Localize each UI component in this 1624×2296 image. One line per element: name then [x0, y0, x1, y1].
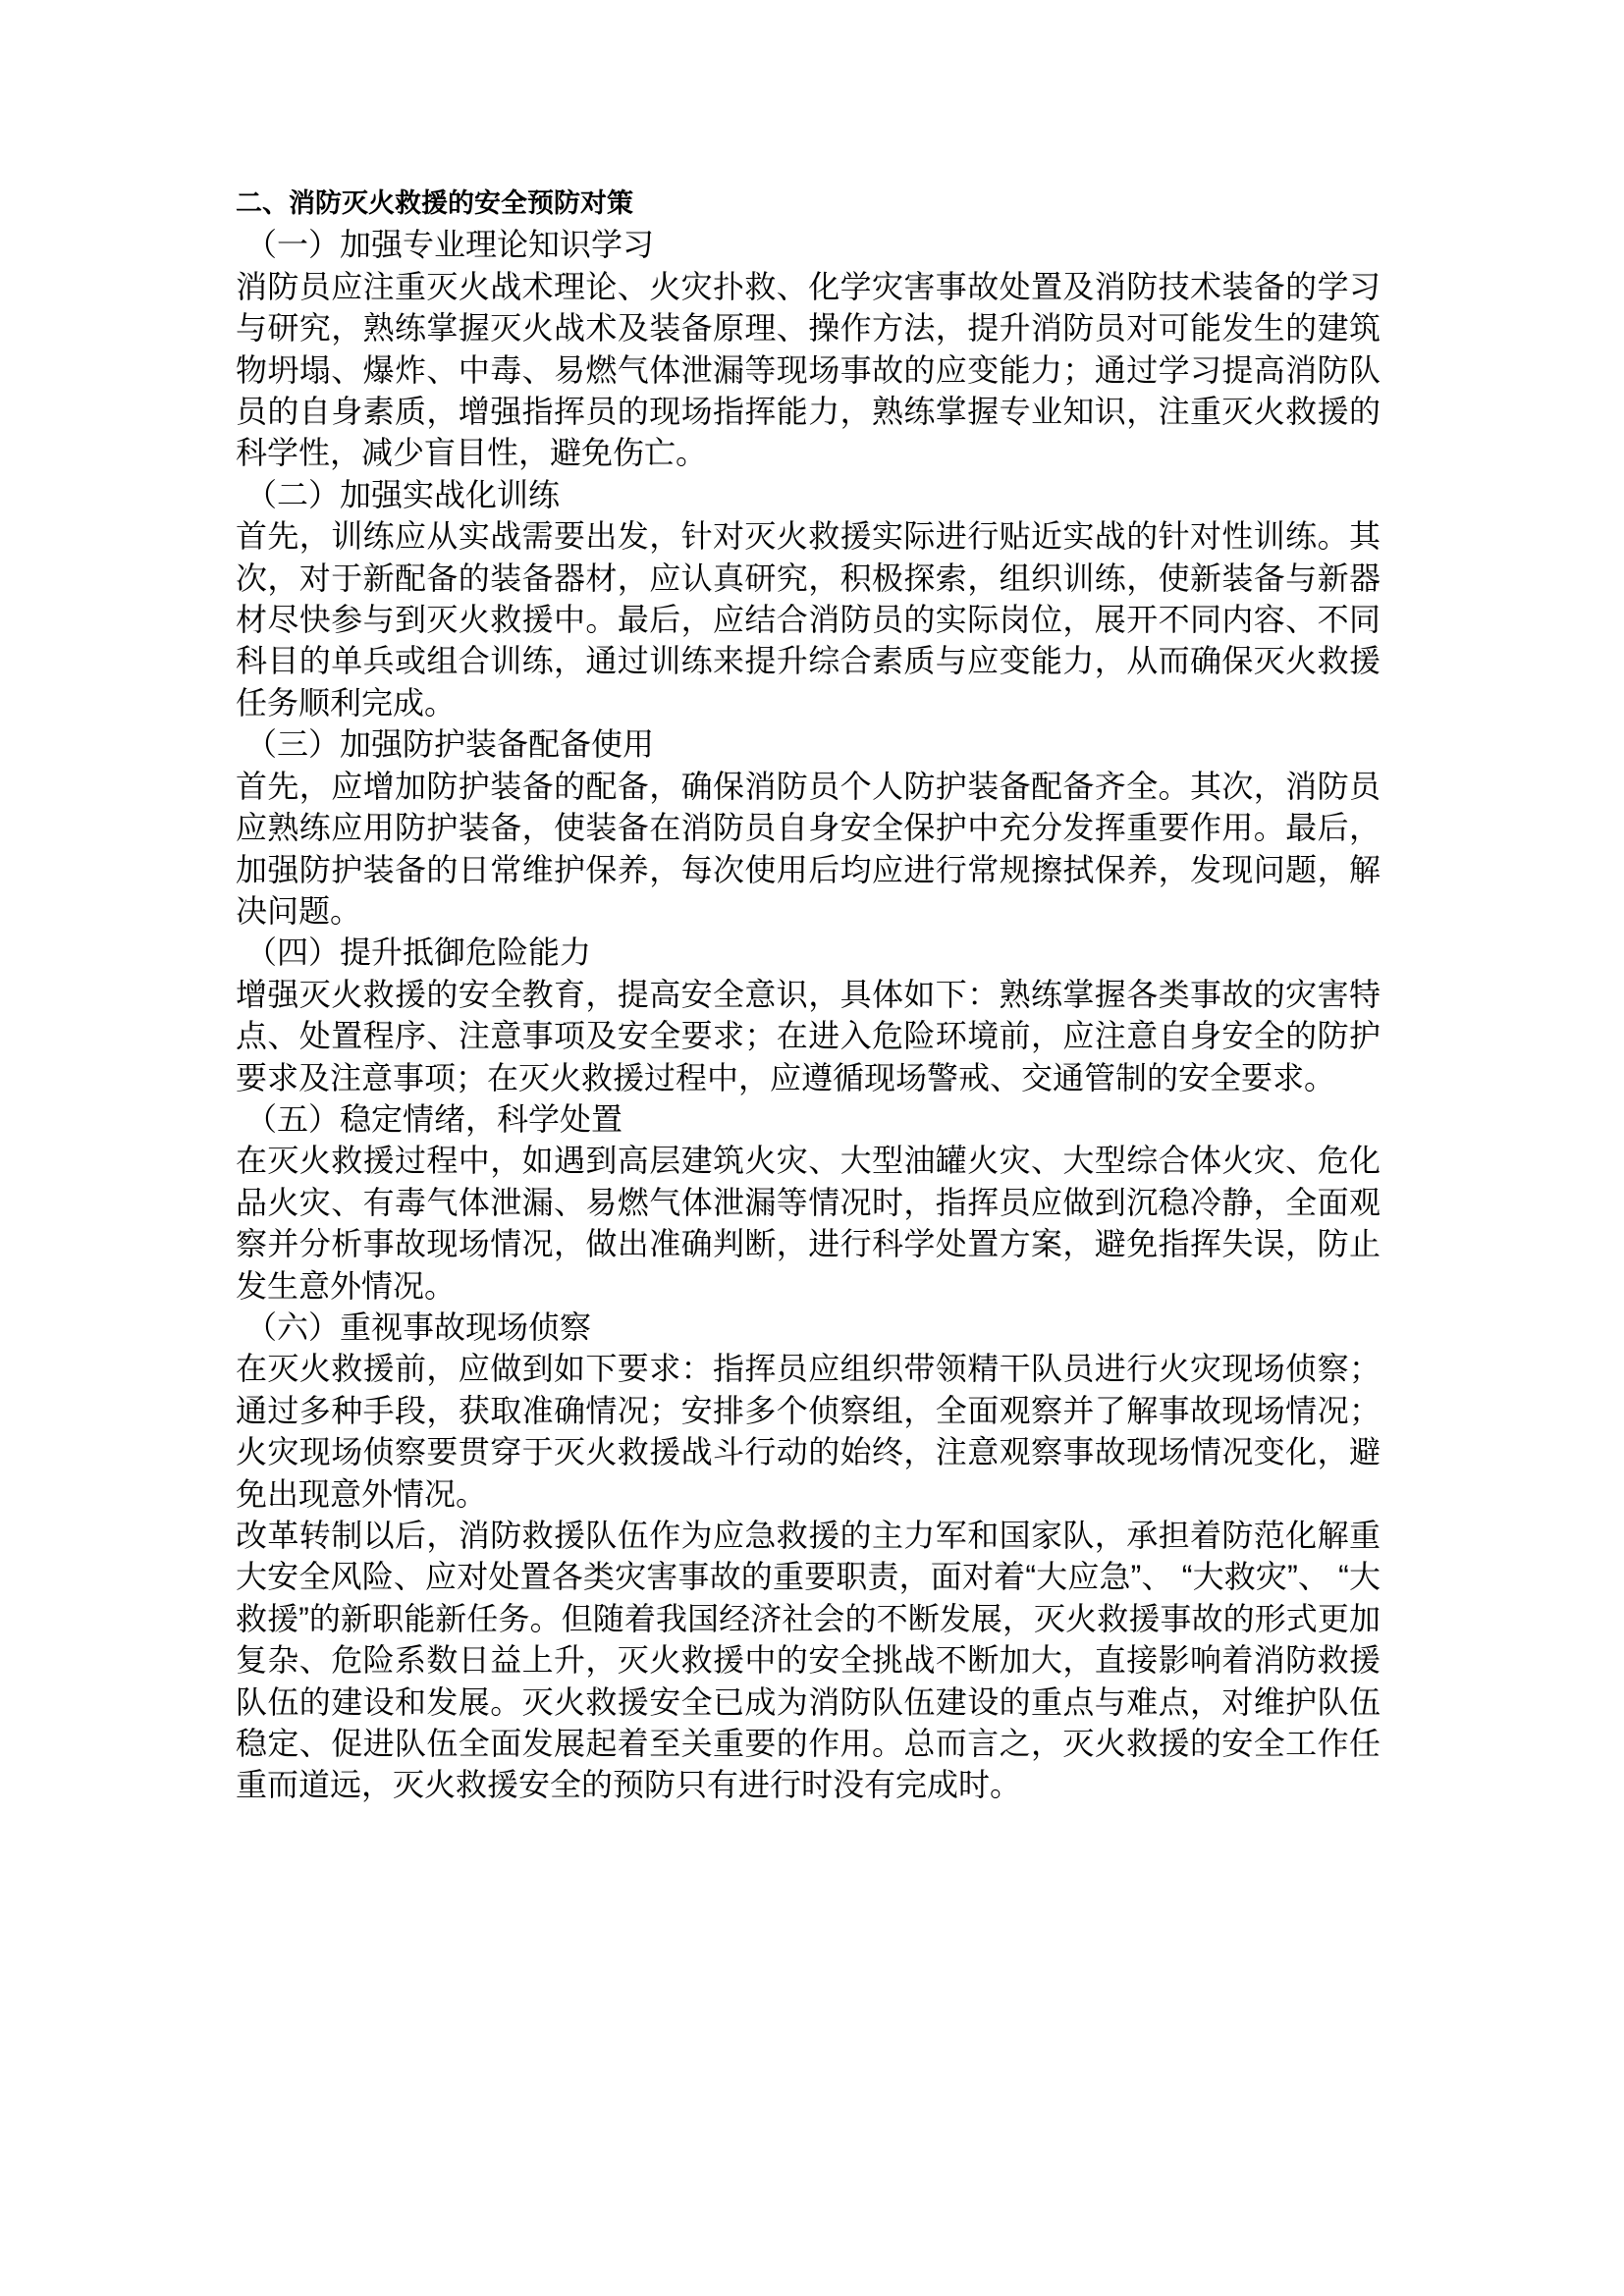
- document-title: 二、消防灭火救援的安全预防对策: [236, 183, 1380, 224]
- document-page: 二、消防灭火救援的安全预防对策 （一）加强专业理论知识学习 消防员应注重灭火战术…: [0, 0, 1624, 2296]
- section-5-heading: （五）稳定情绪，科学处置: [236, 1098, 1380, 1140]
- section-3: （三）加强防护装备配备使用 首先，应增加防护装备的配备，确保消防员个人防护装备配…: [236, 723, 1380, 932]
- section-4-body: 增强灭火救援的安全教育，提高安全意识，具体如下：熟练掌握各类事故的灾害特点、处置…: [236, 974, 1380, 1098]
- section-6: （六）重视事故现场侦察 在灭火救援前，应做到如下要求：指挥员应组织带领精干队员进…: [236, 1307, 1380, 1515]
- section-5: （五）稳定情绪，科学处置 在灭火救援过程中，如遇到高层建筑火灾、大型油罐火灾、大…: [236, 1098, 1380, 1307]
- closing-paragraph: 改革转制以后，消防救援队伍作为应急救援的主力军和国家队，承担着防范化解重大安全风…: [236, 1515, 1380, 1806]
- section-1-heading: （一）加强专业理论知识学习: [236, 224, 1380, 265]
- section-2-body: 首先，训练应从实战需要出发，针对灭火救援实际进行贴近实战的针对性训练。其次，对于…: [236, 515, 1380, 723]
- section-6-heading: （六）重视事故现场侦察: [236, 1307, 1380, 1348]
- section-4-heading: （四）提升抵御危险能力: [236, 932, 1380, 973]
- section-1-body: 消防员应注重灭火战术理论、火灾扑救、化学灾害事故处置及消防技术装备的学习与研究，…: [236, 266, 1380, 474]
- section-5-body: 在灭火救援过程中，如遇到高层建筑火灾、大型油罐火灾、大型综合体火灾、危化品火灾、…: [236, 1140, 1380, 1307]
- section-4: （四）提升抵御危险能力 增强灭火救援的安全教育，提高安全意识，具体如下：熟练掌握…: [236, 932, 1380, 1098]
- section-2-heading: （二）加强实战化训练: [236, 474, 1380, 515]
- section-3-body: 首先，应增加防护装备的配备，确保消防员个人防护装备配备齐全。其次，消防员应熟练应…: [236, 766, 1380, 933]
- section-3-heading: （三）加强防护装备配备使用: [236, 723, 1380, 765]
- section-2: （二）加强实战化训练 首先，训练应从实战需要出发，针对灭火救援实际进行贴近实战的…: [236, 474, 1380, 723]
- section-1: （一）加强专业理论知识学习 消防员应注重灭火战术理论、火灾扑救、化学灾害事故处置…: [236, 224, 1380, 473]
- section-6-body: 在灭火救援前，应做到如下要求：指挥员应组织带领精干队员进行火灾现场侦察；通过多种…: [236, 1348, 1380, 1515]
